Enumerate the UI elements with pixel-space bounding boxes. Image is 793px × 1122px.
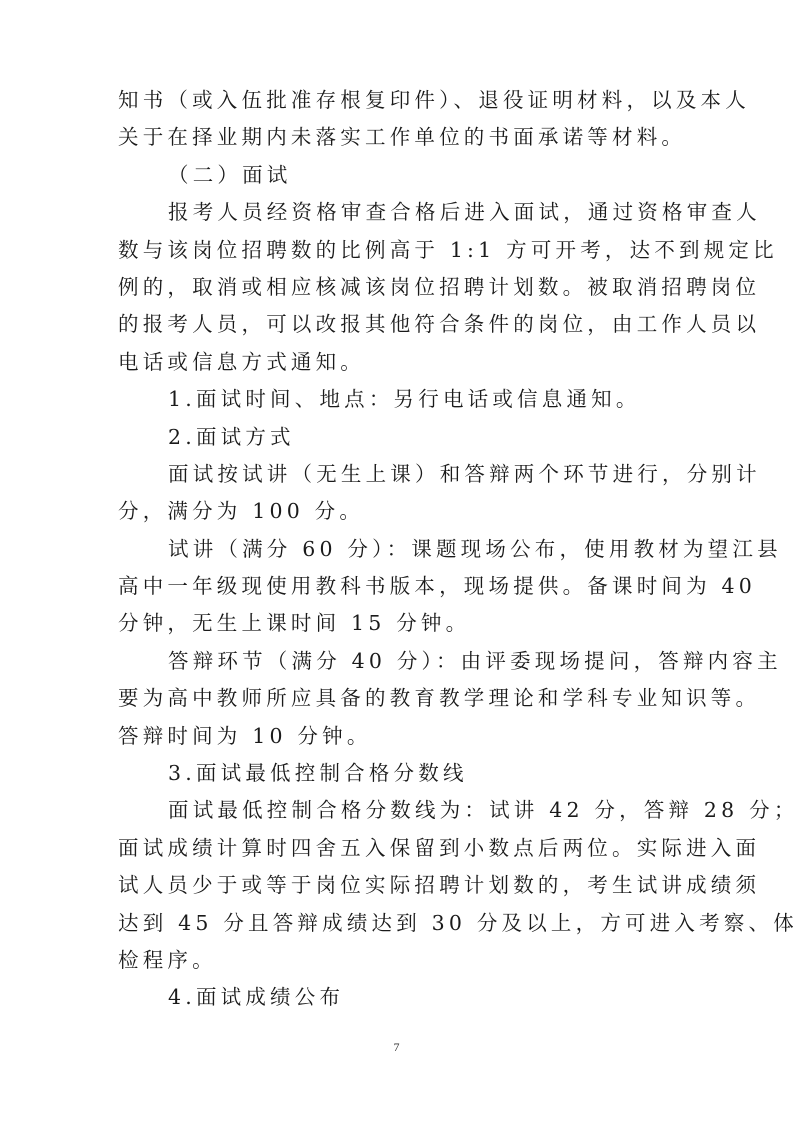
paragraph-line: 检程序。 xyxy=(118,942,674,979)
paragraph-line: 答辩时间为 10 分钟。 xyxy=(118,718,674,755)
subheading-time-location: 1.面试时间、地点：另行电话或信息通知。 xyxy=(118,381,674,418)
paragraph-line: 试人员少于或等于岗位实际招聘计划数的，考生试讲成绩须 xyxy=(118,867,674,904)
document-body: 知书（或入伍批准存根复印件）、退役证明材料，以及本人 关于在择业期内未落实工作单… xyxy=(118,82,674,1017)
paragraph-line: 试讲（满分 60 分）：课题现场公布，使用教材为望江县 xyxy=(118,531,674,568)
page-number: 7 xyxy=(0,1040,793,1055)
paragraph-line: 报考人员经资格审查合格后进入面试，通过资格审查人 xyxy=(118,194,674,231)
paragraph-line: 的报考人员，可以改报其他符合条件的岗位，由工作人员以 xyxy=(118,306,674,343)
section-heading-interview: （二）面试 xyxy=(118,157,674,194)
paragraph-line: 知书（或入伍批准存根复印件）、退役证明材料，以及本人 xyxy=(118,82,674,119)
subheading-interview-method: 2.面试方式 xyxy=(118,419,674,456)
paragraph-line: 分，满分为 100 分。 xyxy=(118,493,674,530)
paragraph-line: 答辩环节（满分 40 分）：由评委现场提问，答辩内容主 xyxy=(118,643,674,680)
subheading-score-announcement: 4.面试成绩公布 xyxy=(118,979,674,1016)
paragraph-line: 面试成绩计算时四舍五入保留到小数点后两位。实际进入面 xyxy=(118,830,674,867)
paragraph-line: 关于在择业期内未落实工作单位的书面承诺等材料。 xyxy=(118,119,674,156)
paragraph-line: 分钟，无生上课时间 15 分钟。 xyxy=(118,605,674,642)
paragraph-line: 达到 45 分且答辩成绩达到 30 分及以上，方可进入考察、体 xyxy=(118,905,674,942)
paragraph-line: 例的，取消或相应核减该岗位招聘计划数。被取消招聘岗位 xyxy=(118,269,674,306)
paragraph-line: 数与该岗位招聘数的比例高于 1:1 方可开考，达不到规定比 xyxy=(118,232,674,269)
paragraph-line: 电话或信息方式通知。 xyxy=(118,344,674,381)
paragraph-line: 要为高中教师所应具备的教育教学理论和学科专业知识等。 xyxy=(118,680,674,717)
subheading-minimum-score: 3.面试最低控制合格分数线 xyxy=(118,755,674,792)
paragraph-line: 面试按试讲（无生上课）和答辩两个环节进行，分别计 xyxy=(118,456,674,493)
paragraph-line: 面试最低控制合格分数线为：试讲 42 分，答辩 28 分； xyxy=(118,792,674,829)
document-page: 知书（或入伍批准存根复印件）、退役证明材料，以及本人 关于在择业期内未落实工作单… xyxy=(0,0,793,1122)
paragraph-line: 高中一年级现使用教科书版本，现场提供。备课时间为 40 xyxy=(118,568,674,605)
